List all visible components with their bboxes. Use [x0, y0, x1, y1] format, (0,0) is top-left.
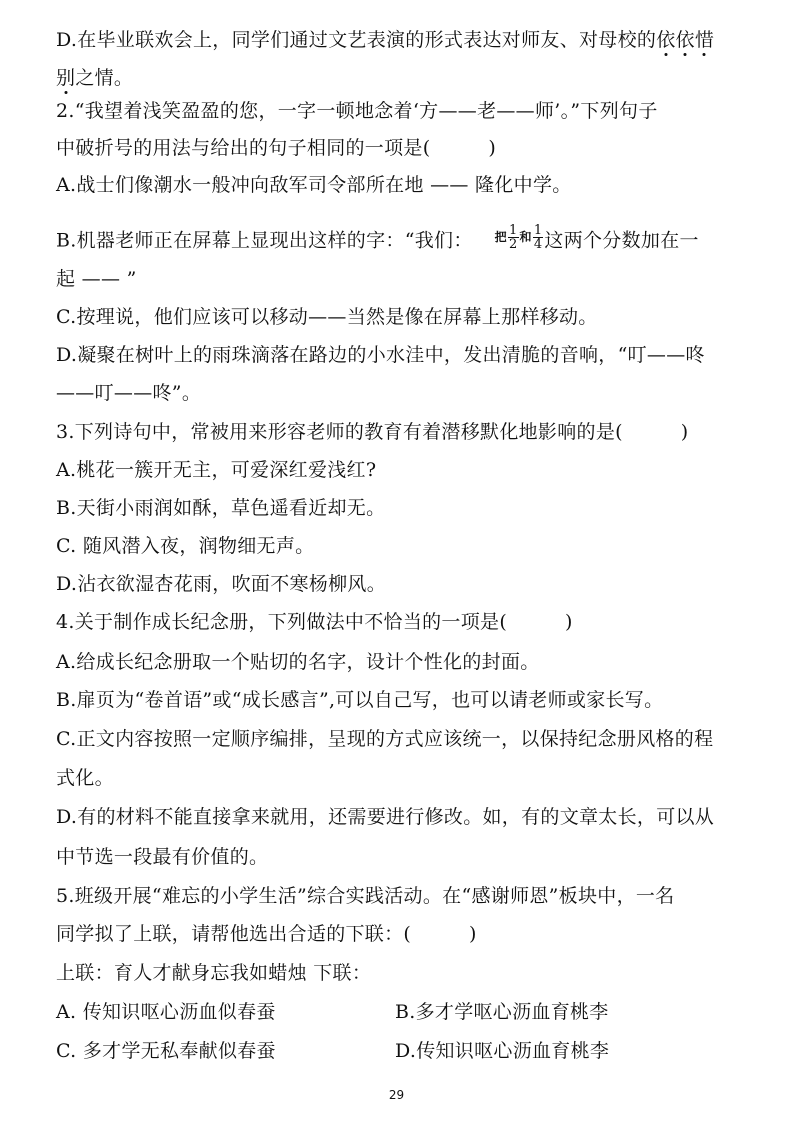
- question-1-option-d-line-2: 别之情。: [56, 66, 133, 90]
- question-1-option-d-line-1: D.在毕业联欢会上，同学们通过文艺表演的形式表达对师友、对母校的依依惜: [56, 28, 714, 52]
- fraction-one-quarter: 14: [533, 224, 544, 251]
- text: B.机器老师正在屏幕上显现出这样的字：“我们：: [56, 230, 473, 252]
- text: 把: [495, 230, 507, 244]
- question-2-option-b-line-1: B.机器老师正在屏幕上显现出这样的字：“我们：把12和14这两个分数加在一: [56, 228, 699, 255]
- emphasis-char: 依: [656, 29, 675, 51]
- page-number: 29: [0, 1088, 793, 1102]
- question-4-option-c-line-2: 式化。: [56, 766, 114, 790]
- question-4-option-a: A.给成长纪念册取一个贴切的名字，设计个性化的封面。: [56, 650, 540, 674]
- question-5-stem-line-2: 同学拟了上联，请帮他选出合适的下联：( ): [56, 922, 477, 946]
- text: 和: [520, 230, 532, 244]
- option-b: B.多才学呕心沥血育桃李: [395, 1000, 609, 1024]
- question-5-options-row-1: A. 传知识呕心沥血似春蚕B.多才学呕心沥血育桃李: [56, 1000, 276, 1024]
- numerator: 1: [508, 224, 519, 238]
- question-5-couplet: 上联：育人才献身忘我如蜡烛 下联：: [56, 961, 371, 985]
- emphasis-char: 依: [676, 29, 695, 51]
- question-2-option-a: A.战士们像潮水一般冲向敌军司令部所在地 —— 隆化中学。: [56, 173, 572, 197]
- question-3-stem: 3.下列诗句中，常被用来形容老师的教育有着潜移默化地影响的是( ): [56, 420, 688, 444]
- question-4-stem: 4.关于制作成长纪念册，下列做法中不恰当的一项是( ): [56, 610, 573, 634]
- question-3-option-d: D.沾衣欲湿杏花雨，吹面不寒杨柳风。: [56, 572, 386, 596]
- option-a: A. 传知识呕心沥血似春蚕: [56, 1001, 276, 1023]
- text: 之情。: [75, 67, 133, 89]
- question-4-option-d-line-2: 中节选一段最有价值的。: [56, 845, 268, 869]
- question-4-option-b: B.扉页为“卷首语”或“成长感言”,可以自己写，也可以请老师或家长写。: [56, 688, 663, 712]
- question-2-stem-line-1: 2.“我望着浅笑盈盈的您，一字一顿地念着‘方——老——师’。”下列句子: [56, 99, 658, 123]
- question-2-option-d-line-2: ——叮——咚”。: [56, 381, 201, 405]
- text: D.在毕业联欢会上，同学们通过文艺表演的形式表达对师友、对母校的: [56, 29, 656, 51]
- question-3-option-c: C. 随风潜入夜，润物细无声。: [56, 534, 314, 558]
- option-c: C. 多才学无私奉献似春蚕: [56, 1040, 276, 1062]
- option-d: D.传知识呕心沥血育桃李: [395, 1039, 609, 1063]
- question-2-option-b-line-2: 起 —— ”: [56, 267, 137, 291]
- question-5-stem-line-1: 5.班级开展“难忘的小学生活”综合实践活动。在“感谢师恩”板块中，一名: [56, 884, 674, 908]
- denominator: 2: [509, 238, 518, 251]
- fraction-one-half: 12: [508, 224, 519, 251]
- question-2-option-d-line-1: D.凝聚在树叶上的雨珠滴落在路边的小水洼中，发出清脆的音响，“叮——咚: [56, 343, 705, 367]
- emphasis-char: 别: [56, 67, 75, 89]
- question-4-option-d-line-1: D.有的材料不能直接拿来就用，还需要进行修改。如，有的文章太长，可以从: [56, 805, 714, 829]
- question-2-stem-line-2: 中破折号的用法与给出的句子相同的一项是( ): [56, 136, 496, 160]
- text: 这两个分数加在一: [544, 230, 698, 252]
- numerator: 1: [533, 224, 544, 238]
- question-2-option-c: C.按理说，他们应该可以移动——当然是像在屏幕上那样移动。: [56, 305, 598, 329]
- emphasis-char: 惜: [695, 29, 714, 51]
- question-3-option-a: A.桃花一簇开无主，可爱深红爱浅红?: [56, 458, 376, 482]
- denominator: 4: [534, 238, 543, 251]
- question-5-options-row-2: C. 多才学无私奉献似春蚕D.传知识呕心沥血育桃李: [56, 1039, 276, 1063]
- question-4-option-c-line-1: C.正文内容按照一定顺序编排，呈现的方式应该统一，以保持纪念册风格的程: [56, 727, 713, 751]
- question-3-option-b: B.天街小雨润如酥，草色遥看近却无。: [56, 496, 385, 520]
